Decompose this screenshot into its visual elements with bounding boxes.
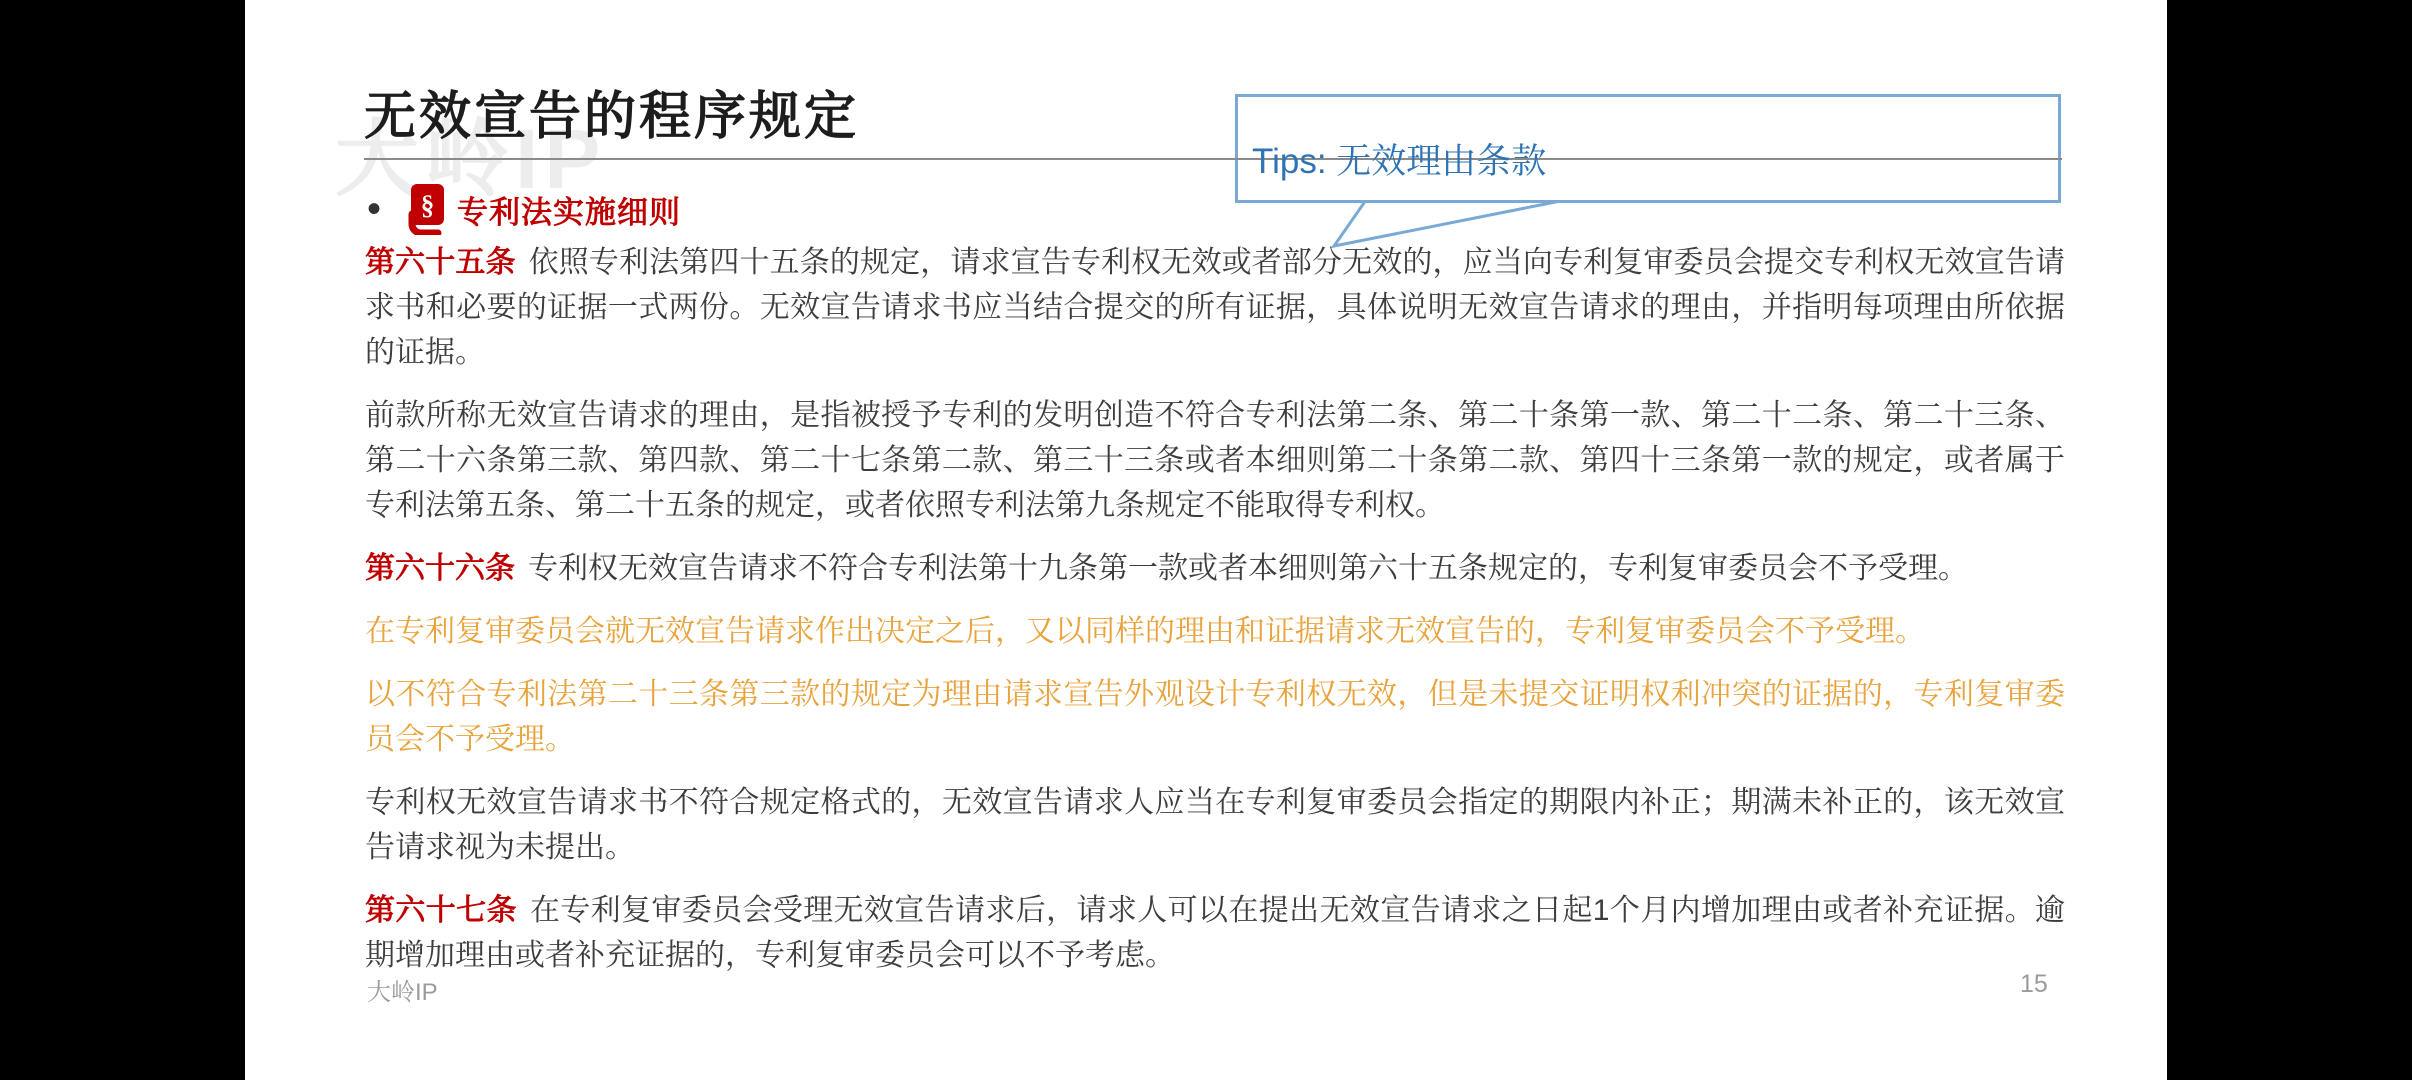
paragraph-text: 在专利复审委员会受理无效宣告请求后，请求人可以在提出无效宣告请求之日起1个月内增… (365, 894, 2065, 972)
bullet-dot: • (367, 189, 381, 229)
title-divider (364, 158, 2062, 160)
page-title: 无效宣告的程序规定 (364, 88, 859, 146)
law-book-icon: § (403, 183, 445, 235)
paragraph-highlight-2: 以不符合专利法第二十三条第三款的规定为理由请求宣告外观设计专利权无效，但是未提交… (365, 672, 2065, 762)
body-text: 第六十五条依照专利法第四十五条的规定，请求宣告专利权无效或者部分无效的，应当向专… (365, 240, 2065, 996)
tips-callout-label: Tips: 无效理由条款 (1252, 134, 1546, 184)
tips-callout-tail (1320, 200, 1570, 252)
slide: 大岭IP 无效宣告的程序规定 Tips: 无效理由条款 • § 专利法实施细则 … (245, 0, 2167, 1080)
paragraph-text: 以不符合专利法第二十三条第三款的规定为理由请求宣告外观设计专利权无效，但是未提交… (365, 678, 2065, 756)
paragraph-text: 前款所称无效宣告请求的理由，是指被授予专利的发明创造不符合专利法第二条、第二十条… (365, 399, 2065, 522)
section-sign-glyph: § (421, 190, 435, 220)
paragraph-highlight-1: 在专利复审委员会就无效宣告请求作出决定之后，又以同样的理由和证据请求无效宣告的，… (365, 609, 2065, 654)
paragraph-format-correction: 专利权无效宣告请求书不符合规定格式的，无效宣告请求人应当在专利复审委员会指定的期… (365, 780, 2065, 870)
paragraph-text: 专利权无效宣告请求不符合专利法第十九条第一款或者本细则第六十五条规定的，专利复审… (528, 552, 1968, 585)
paragraph-text: 在专利复审委员会就无效宣告请求作出决定之后，又以同样的理由和证据请求无效宣告的，… (365, 615, 1925, 648)
paragraph-article-67: 第六十七条在专利复审委员会受理无效宣告请求后，请求人可以在提出无效宣告请求之日起… (365, 888, 2065, 978)
article-number-67: 第六十七条 (365, 894, 517, 927)
page-number: 15 (2020, 970, 2048, 999)
section-bullet-row: • § 专利法实施细则 (367, 183, 681, 235)
paragraph-reasons: 前款所称无效宣告请求的理由，是指被授予专利的发明创造不符合专利法第二条、第二十条… (365, 393, 2065, 528)
article-number-66: 第六十六条 (365, 552, 515, 585)
article-number-65: 第六十五条 (365, 246, 516, 279)
paragraph-text: 依照专利法第四十五条的规定，请求宣告专利权无效或者部分无效的，应当向专利复审委员… (365, 246, 2065, 369)
paragraph-article-65: 第六十五条依照专利法第四十五条的规定，请求宣告专利权无效或者部分无效的，应当向专… (365, 240, 2065, 375)
letterbox-left (0, 0, 245, 1080)
paragraph-article-66: 第六十六条专利权无效宣告请求不符合专利法第十九条第一款或者本细则第六十五条规定的… (365, 546, 2065, 591)
letterbox-right (2167, 0, 2412, 1080)
paragraph-text: 专利权无效宣告请求书不符合规定格式的，无效宣告请求人应当在专利复审委员会指定的期… (365, 786, 2065, 864)
footer-brand: 大岭IP (367, 972, 438, 1007)
presentation-stage: 大岭IP 无效宣告的程序规定 Tips: 无效理由条款 • § 专利法实施细则 … (0, 0, 2412, 1080)
section-bullet-label: 专利法实施细则 (457, 187, 681, 232)
